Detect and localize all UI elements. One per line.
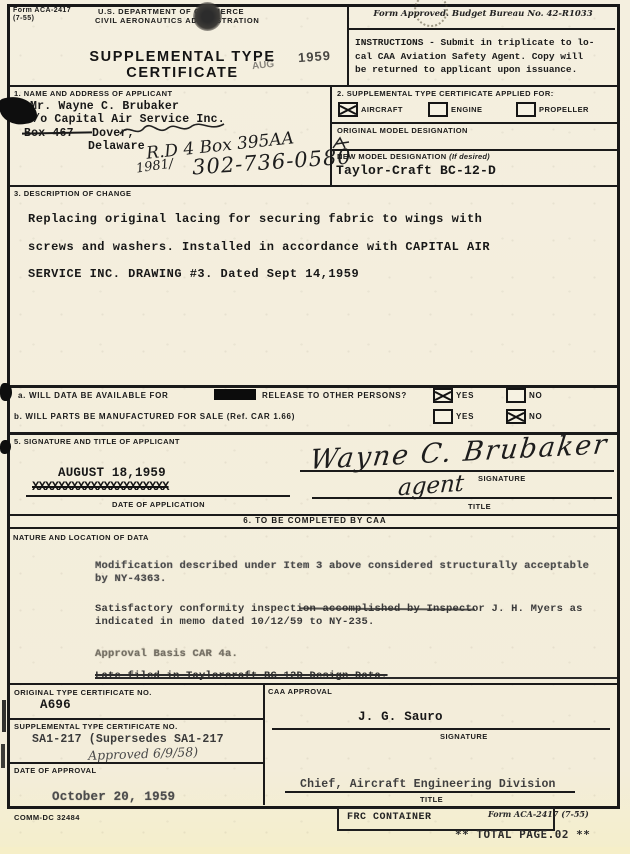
long-strike-line xyxy=(95,677,617,679)
grid-divider xyxy=(263,683,265,805)
new-model-value: Taylor-Craft BC-12-D xyxy=(336,163,496,178)
footer-form-reference: Form ACA-2417 (7-55) xyxy=(488,809,589,819)
description-line: screws and washers. Installed in accorda… xyxy=(28,240,490,254)
instructions-line: INSTRUCTIONS - Submit in triplicate to l… xyxy=(355,36,594,50)
applicant-section-label: 1. NAME AND ADDRESS OF APPLICANT xyxy=(14,89,173,98)
box2-rule2 xyxy=(330,149,617,151)
propeller-option-label: PROPELLER xyxy=(539,105,589,114)
caa-approval-label: CAA APPROVAL xyxy=(268,687,332,696)
caa-note-line: Modification described under Item 3 abov… xyxy=(95,560,589,572)
question-a-text: a. WILL DATA BE AVAILABLE FOR xyxy=(18,391,169,400)
description-label: 3. DESCRIPTION OF CHANGE xyxy=(14,189,131,198)
caa-title-underline xyxy=(285,791,575,793)
struck-note: Late filed in Taylorcraft BC-12D Design … xyxy=(95,670,388,682)
budget-bureau-note: Form Approved. Budget Bureau No. 42-R103… xyxy=(352,9,614,19)
section-rule xyxy=(10,85,617,87)
question-a-yes-label: YES xyxy=(456,391,474,400)
question-a-yes-checkbox xyxy=(433,388,453,403)
title-underline xyxy=(312,497,612,499)
original-tc-label: ORIGINAL TYPE CERTIFICATE NO. xyxy=(14,688,152,697)
signature-section-label: 5. SIGNATURE AND TITLE OF APPLICANT xyxy=(14,437,180,446)
header-rule xyxy=(349,28,615,30)
handwriting-mark xyxy=(331,136,353,150)
nature-label: NATURE AND LOCATION OF DATA xyxy=(13,533,149,542)
caa-signature-underline xyxy=(272,728,610,730)
question-a-text2: RELEASE TO OTHER PERSONS? xyxy=(262,391,407,400)
form-number: Form ACA-2417 xyxy=(13,7,71,14)
caa-signature-label: SIGNATURE xyxy=(440,732,488,741)
document-page: Form ACA-2417 (7-55) U.S. DEPARTMENT OF … xyxy=(0,0,630,854)
new-model-qualifier: (If desired) xyxy=(449,152,490,161)
date-of-approval-label: DATE OF APPROVAL xyxy=(14,766,96,775)
agency-seal-icon xyxy=(193,2,222,31)
crossed-out-date: XXXXXXXXXXXXXXXXXXXXX xyxy=(32,480,169,494)
title-label: TITLE xyxy=(468,502,491,511)
caa-note-line: by NY-4363. xyxy=(95,573,167,585)
fax-total-page: ** TOTAL PAGE.02 ** xyxy=(455,828,590,841)
question-b-no-label: NO xyxy=(529,412,542,421)
edge-mark xyxy=(1,744,5,768)
engine-option-label: ENGINE xyxy=(451,105,482,114)
form-revision: (7-55) xyxy=(13,15,34,22)
question-a-no-checkbox xyxy=(506,388,526,403)
new-model-label: NEW MODEL DESIGNATION (If desired) xyxy=(337,152,490,161)
caa-approval-title: Chief, Aircraft Engineering Division xyxy=(300,778,556,791)
ink-blot xyxy=(0,383,12,401)
caa-note-line: indicated in memo dated 10/12/59 to NY-2… xyxy=(95,616,375,628)
redaction-block xyxy=(214,389,256,400)
original-model-label: ORIGINAL MODEL DESIGNATION xyxy=(337,126,468,135)
question-b-yes-label: YES xyxy=(456,412,474,421)
department-line: U.S. DEPARTMENT OF COMMERCE xyxy=(98,7,244,16)
supplemental-tc-label: SUPPLEMENTAL TYPE CERTIFICATE NO. xyxy=(14,722,178,731)
box2-rule xyxy=(330,122,617,124)
comm-number: COMM-DC 32484 xyxy=(14,813,80,822)
question-b-no-checkbox xyxy=(506,409,526,424)
band-rule-bottom xyxy=(10,527,617,529)
question-b-text: b. WILL PARTS BE MANUFACTURED FOR SALE (… xyxy=(14,412,295,421)
aircraft-option-label: AIRCRAFT xyxy=(361,105,403,114)
description-line: Replacing original lacing for securing f… xyxy=(28,212,482,226)
agency-line: CIVIL AERONAUTICS ADMINISTRATION xyxy=(95,16,259,25)
propeller-checkbox xyxy=(516,102,536,117)
grid-rule-top xyxy=(10,683,617,685)
date-underline xyxy=(26,495,290,497)
date-of-approval-value: October 20, 1959 xyxy=(52,790,175,804)
caa-approval-signature: J. G. Sauro xyxy=(358,710,443,724)
caa-band-label: 6. TO BE COMPLETED BY CAA xyxy=(0,516,630,525)
frc-container-label: FRC CONTAINER xyxy=(347,812,432,823)
engine-checkbox xyxy=(428,102,448,117)
page-title: SUPPLEMENTAL TYPE CERTIFICATE xyxy=(40,49,325,81)
scan-edge xyxy=(0,847,630,854)
approval-basis-note: Approval Basis CAR 4a. xyxy=(95,648,238,660)
applied-for-label: 2. SUPPLEMENTAL TYPE CERTIFICATE APPLIED… xyxy=(337,89,554,98)
grid-rule xyxy=(10,762,263,764)
applicant-name: Mr. Wayne C. Brubaker xyxy=(30,100,179,113)
original-tc-value: A696 xyxy=(40,698,71,712)
date-stamp-month: AUG xyxy=(251,59,274,72)
question-a-no-label: NO xyxy=(529,391,542,400)
section-rule xyxy=(10,185,617,187)
header-divider xyxy=(347,7,349,85)
signature-label: SIGNATURE xyxy=(478,474,526,483)
question-b-yes-checkbox xyxy=(433,409,453,424)
aircraft-checkbox xyxy=(338,102,358,117)
caa-title-label: TITLE xyxy=(420,795,443,804)
grid-rule xyxy=(10,718,263,720)
application-date: AUGUST 18,1959 xyxy=(58,466,166,480)
instructions-line: cal CAA Aviation Safety Agent. Copy will xyxy=(355,50,594,64)
date-of-application-label: DATE OF APPLICATION xyxy=(112,500,205,509)
instructions-line: be returned to applicant upon issuance. xyxy=(355,63,594,77)
box2-divider xyxy=(330,85,332,185)
description-line: SERVICE INC. DRAWING #3. Dated Sept 14,1… xyxy=(28,267,359,281)
edge-mark xyxy=(2,700,6,732)
new-model-label-text: NEW MODEL DESIGNATION xyxy=(337,152,447,161)
date-stamp-year: 1959 xyxy=(298,48,332,65)
instructions-block: INSTRUCTIONS - Submit in triplicate to l… xyxy=(355,36,594,77)
